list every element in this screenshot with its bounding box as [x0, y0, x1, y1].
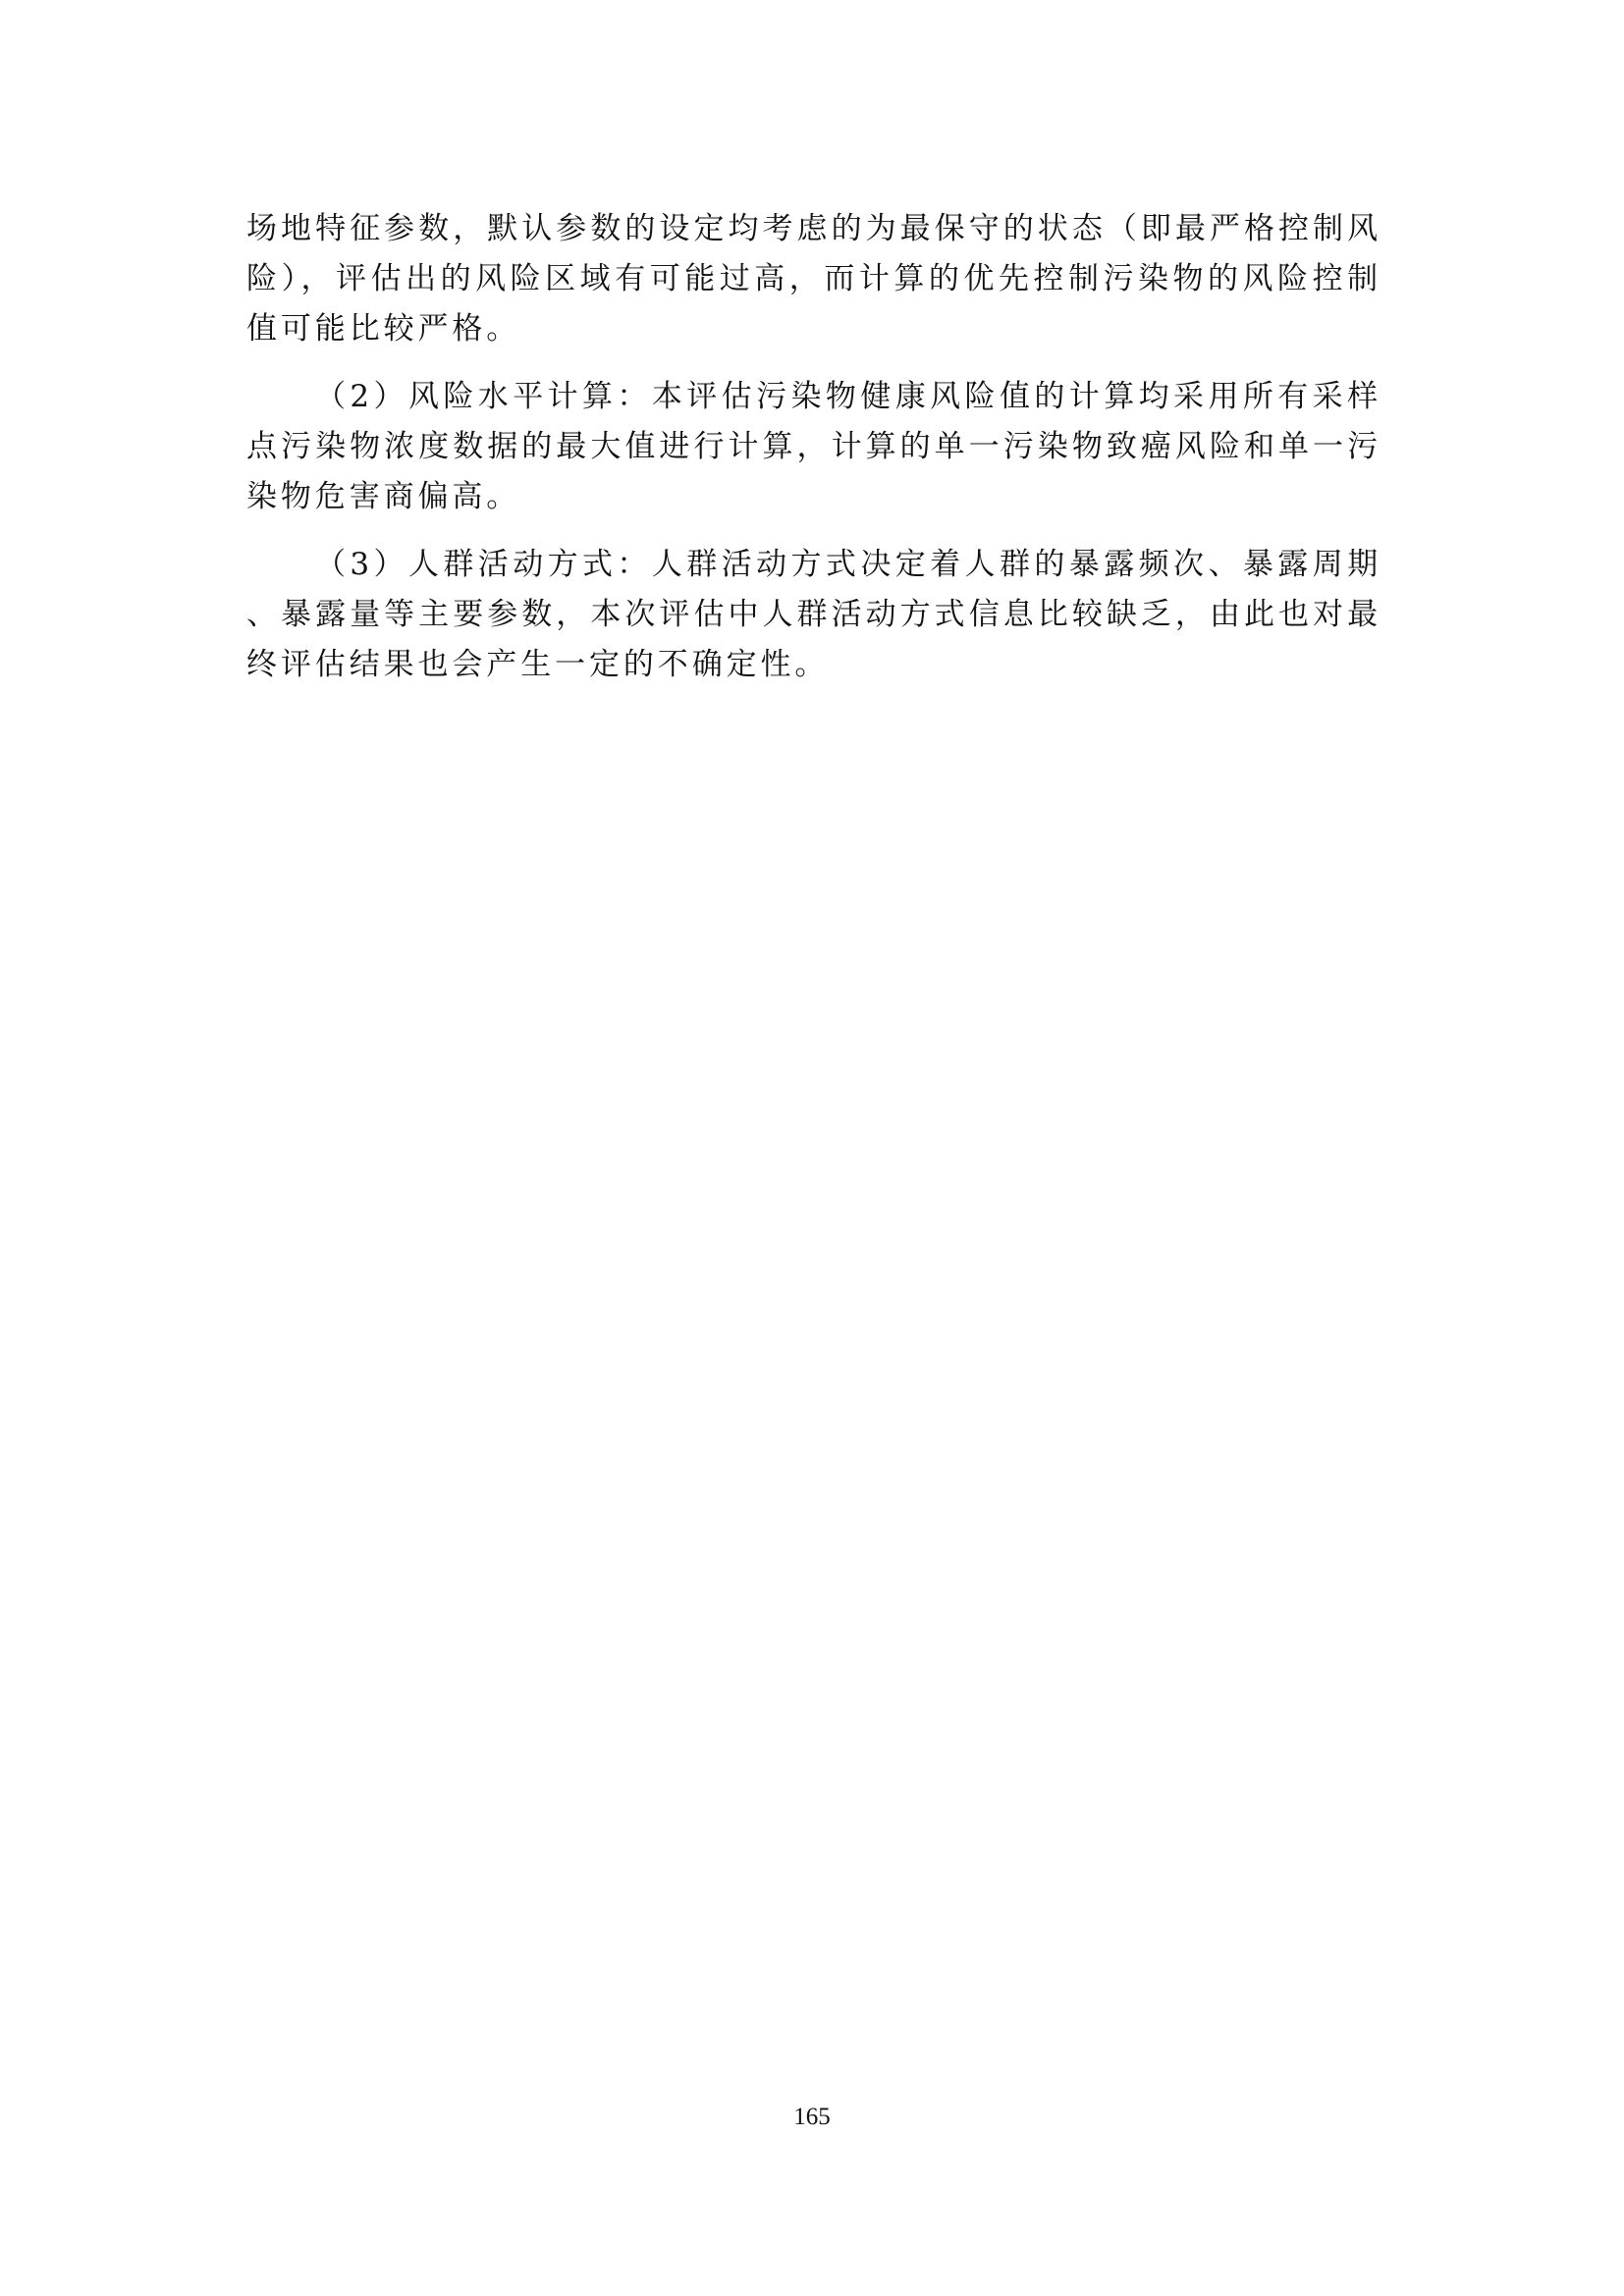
document-page: 场地特征参数，默认参数的设定均考虑的为最保守的状态（即最严格控制风险），评估出的…	[0, 0, 1624, 2296]
paragraph-population-activity: （3）人群活动方式：人群活动方式决定着人群的暴露频次、暴露周期、暴露量等主要参数…	[246, 540, 1381, 690]
body-text: 场地特征参数，默认参数的设定均考虑的为最保守的状态（即最严格控制风险），评估出的…	[246, 204, 1381, 690]
paragraph-conservative-parameters: 场地特征参数，默认参数的设定均考虑的为最保守的状态（即最严格控制风险），评估出的…	[246, 204, 1381, 354]
page-number: 165	[0, 2104, 1624, 2131]
paragraph-risk-level-calculation: （2）风险水平计算：本评估污染物健康风险值的计算均采用所有采样点污染物浓度数据的…	[246, 372, 1381, 522]
